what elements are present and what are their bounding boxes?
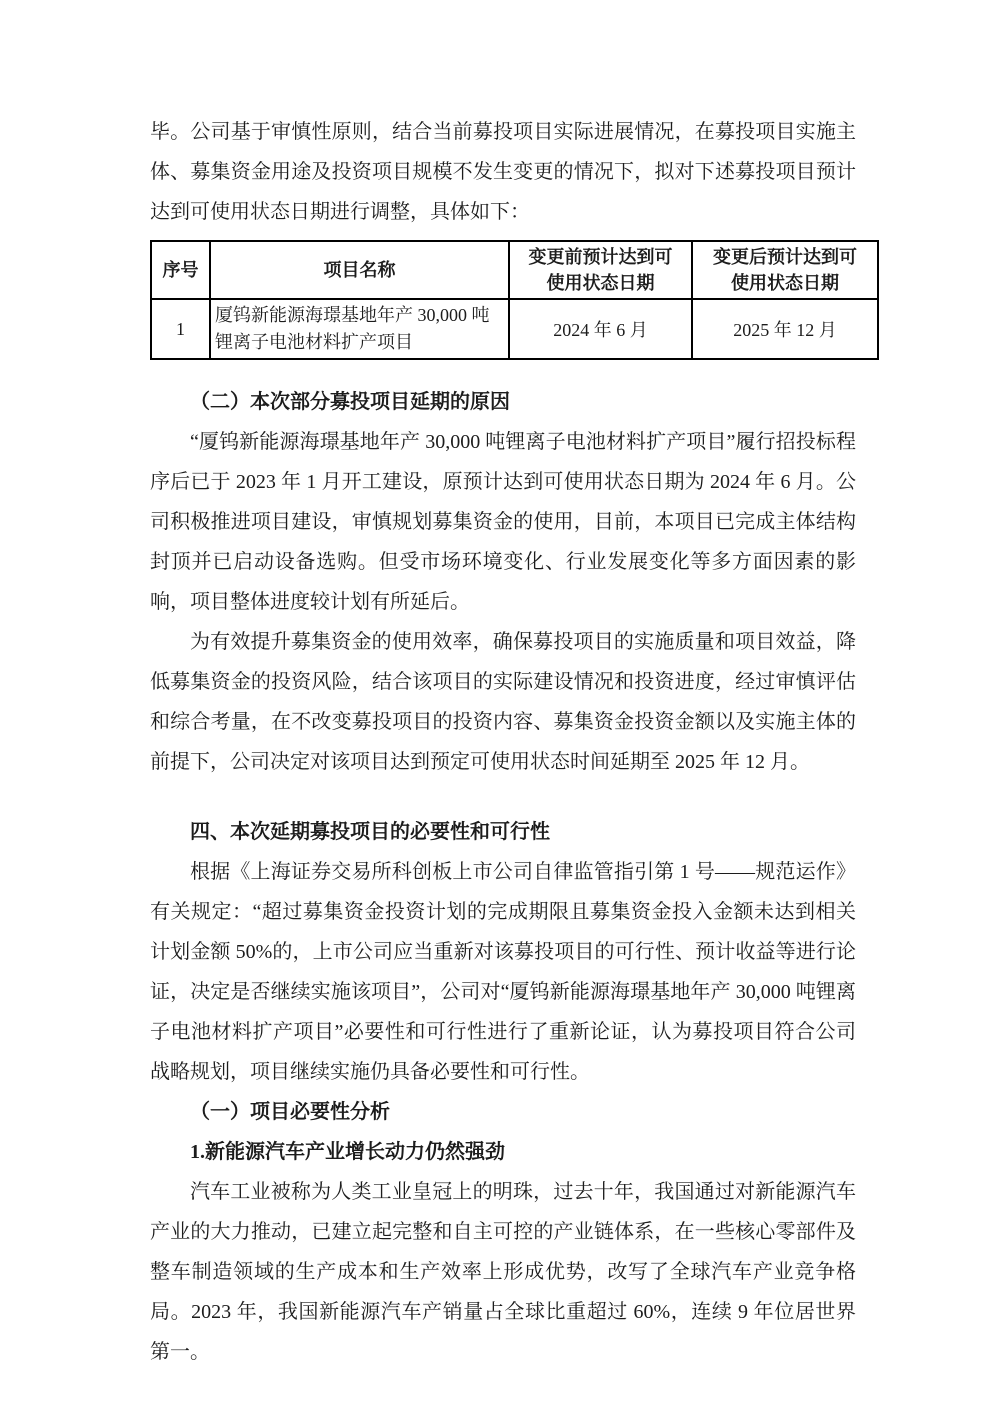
document-page: 毕。公司基于审慎性原则，结合当前募投项目实际进展情况，在募投项目实施主体、募集资… <box>0 0 1000 1414</box>
table-header-date-after-change: 变更后预计达到可 使用状态日期 <box>692 241 878 299</box>
table-header-row: 序号 项目名称 变更前预计达到可 使用状态日期 变更后预计达到可 使用状态日期 <box>151 241 878 299</box>
table-header-index: 序号 <box>151 241 210 299</box>
section-heading-necessity-analysis: （一）项目必要性分析 <box>150 1092 856 1132</box>
table-header-project-name: 项目名称 <box>210 241 509 299</box>
subsection-heading-ev-growth: 1.新能源汽车产业增长动力仍然强劲 <box>150 1132 856 1172</box>
document-content: 毕。公司基于审慎性原则，结合当前募投项目实际进展情况，在募投项目实施主体、募集资… <box>150 112 856 1372</box>
table-cell-index: 1 <box>151 299 210 359</box>
paragraph-delay-reason-2: 为有效提升募集资金的使用效率，确保募投项目的实施质量和项目效益，降低募集资金的投… <box>150 622 856 782</box>
table-cell-date-after-change: 2025 年 12 月 <box>692 299 878 359</box>
paragraph-adjustment-intro: 毕。公司基于审慎性原则，结合当前募投项目实际进展情况，在募投项目实施主体、募集资… <box>150 112 856 232</box>
section-heading-delay-reason: （二）本次部分募投项目延期的原因 <box>150 382 856 422</box>
paragraph-delay-reason-1: “厦钨新能源海璟基地年产 30,000 吨锂离子电池材料扩产项目”履行招投标程序… <box>150 422 856 622</box>
table-header-date-before-change: 变更前预计达到可 使用状态日期 <box>509 241 692 299</box>
section-heading-necessity-feasibility: 四、本次延期募投项目的必要性和可行性 <box>150 812 856 852</box>
project-schedule-table: 序号 项目名称 变更前预计达到可 使用状态日期 变更后预计达到可 使用状态日期 … <box>150 240 879 360</box>
table-cell-project-name: 厦钨新能源海璟基地年产 30,000 吨 锂离子电池材料扩产项目 <box>210 299 509 359</box>
table-row: 1 厦钨新能源海璟基地年产 30,000 吨 锂离子电池材料扩产项目 2024 … <box>151 299 878 359</box>
paragraph-ev-industry: 汽车工业被称为人类工业皇冠上的明珠，过去十年，我国通过对新能源汽车产业的大力推动… <box>150 1172 856 1372</box>
table-cell-date-before-change: 2024 年 6 月 <box>509 299 692 359</box>
paragraph-necessity-basis: 根据《上海证券交易所科创板上市公司自律监管指引第 1 号——规范运作》有关规定：… <box>150 852 856 1092</box>
